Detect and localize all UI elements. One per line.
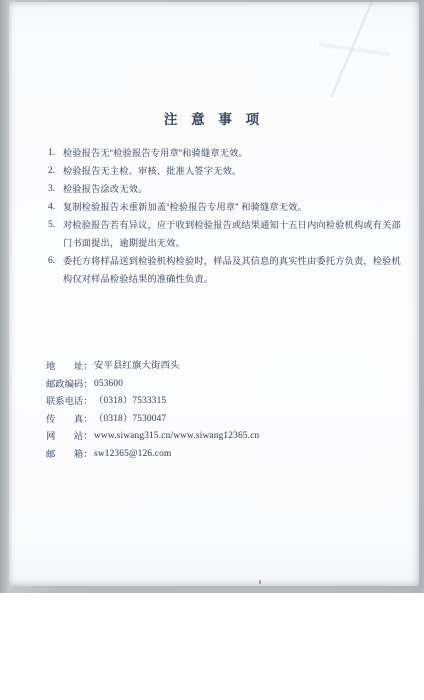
contact-value: sw12365@126.com xyxy=(94,446,171,464)
contact-row-address: 地 址： 安平县红旗大街西头 xyxy=(46,358,259,376)
contact-label: 联系电话： xyxy=(46,393,94,411)
contact-label: 传 真： xyxy=(46,411,94,429)
document-paper: 注 意 事 项 1. 检验报告无“检验报告专用章”和骑缝章无效。 2. 检验报告… xyxy=(9,2,419,586)
contact-value: 安平县红旗大街西头 xyxy=(94,358,179,376)
contact-label: 网 站： xyxy=(46,428,94,446)
contact-value: 053600 xyxy=(94,376,123,394)
scanned-page: 注 意 事 项 1. 检验报告无“检验报告专用章”和骑缝章无效。 2. 检验报告… xyxy=(0,0,424,700)
notice-item: 1. 检验报告无“检验报告专用章”和骑缝章无效。 xyxy=(48,144,408,162)
item-text: 检验报告无“检验报告专用章”和骑缝章无效。 xyxy=(63,144,408,162)
notice-item: 6. 委托方将样品送到检验机构检验时，样品及其信息的真实性由委托方负责，检验机构… xyxy=(48,252,408,288)
contact-label: 邮 箱： xyxy=(46,446,94,464)
item-number: 5. xyxy=(48,216,63,252)
item-number: 1. xyxy=(48,144,63,162)
item-number: 4. xyxy=(48,198,63,216)
contact-label: 地 址： xyxy=(46,358,94,376)
item-number: 6. xyxy=(48,252,63,288)
contact-section: 地 址： 安平县红旗大街西头 邮政编码： 053600 联系电话： （0318）… xyxy=(46,358,259,464)
item-text: 对检验报告若有异议，应于收到检验报告或结果通知十五日内向检验机构或有关部门书面提… xyxy=(63,216,408,252)
item-number: 2. xyxy=(48,162,63,180)
scan-speck xyxy=(259,580,261,584)
contact-row-fax: 传 真： （0318）7530047 xyxy=(46,411,259,429)
contact-row-phone: 联系电话： （0318）7533315 xyxy=(46,393,259,411)
item-text: 检验报告无主检、审核、批准人签字无效。 xyxy=(63,162,408,180)
contact-value: （0318）7530047 xyxy=(94,411,166,429)
contact-row-website: 网 站： www.siwang315.cn/www.siwang12365.cn xyxy=(46,428,259,446)
notice-item: 5. 对检验报告若有异议，应于收到检验报告或结果通知十五日内向检验机构或有关部门… xyxy=(48,216,408,252)
notice-item: 4. 复制检验报告未重新加盖“检验报告专用章” 和骑缝章无效。 xyxy=(48,198,408,216)
contact-row-email: 邮 箱： sw12365@126.com xyxy=(46,446,259,464)
item-text: 复制检验报告未重新加盖“检验报告专用章” 和骑缝章无效。 xyxy=(63,198,408,216)
paper-crease xyxy=(319,2,389,97)
contact-value: （0318）7533315 xyxy=(94,393,166,411)
page-title: 注 意 事 项 xyxy=(9,108,419,128)
item-text: 检验报告涂改无效。 xyxy=(63,180,408,198)
contact-row-postcode: 邮政编码： 053600 xyxy=(46,376,259,394)
contact-value: www.siwang315.cn/www.siwang12365.cn xyxy=(94,428,259,446)
contact-label: 邮政编码： xyxy=(46,376,94,394)
item-text: 委托方将样品送到检验机构检验时，样品及其信息的真实性由委托方负责，检验机构仅对样… xyxy=(63,252,408,288)
item-number: 3. xyxy=(48,180,63,198)
notice-item: 2. 检验报告无主检、审核、批准人签字无效。 xyxy=(48,162,408,180)
notice-item: 3. 检验报告涂改无效。 xyxy=(48,180,408,198)
notice-list: 1. 检验报告无“检验报告专用章”和骑缝章无效。 2. 检验报告无主检、审核、批… xyxy=(48,144,408,288)
scanner-background: 注 意 事 项 1. 检验报告无“检验报告专用章”和骑缝章无效。 2. 检验报告… xyxy=(0,0,424,593)
